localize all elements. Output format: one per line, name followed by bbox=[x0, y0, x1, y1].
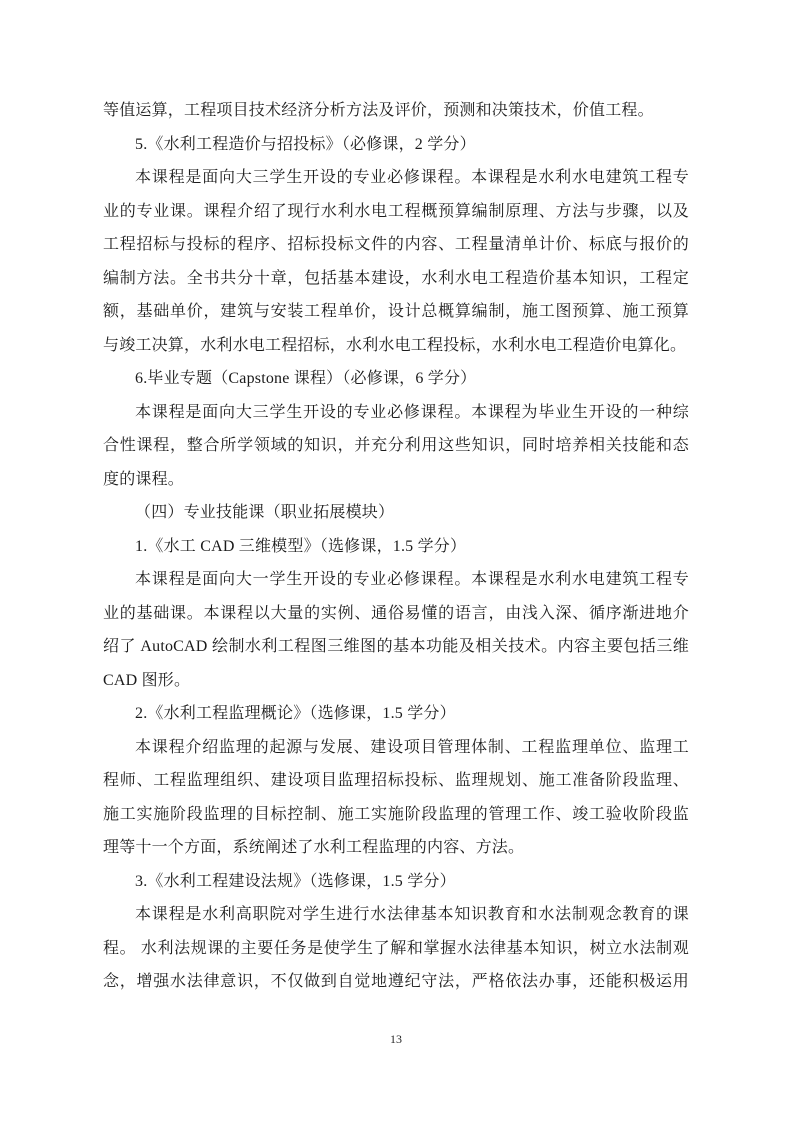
text-line: （四）专业技能课（职业拓展模块） bbox=[103, 496, 689, 530]
para-course-skill-3-description: 本课程是水利高职院对学生进行水法律基本知识教育和水法制观念教育的课程。 水利法规… bbox=[103, 898, 689, 999]
text-line: 本课程是面向大三学生开设的专业必修课程。本课程是水利水电建筑工程专 bbox=[103, 161, 689, 195]
text-line: 理等十一个方面，系统阐述了水利工程监理的内容、方法。 bbox=[103, 831, 689, 865]
text-line: 本课程是面向大三学生开设的专业必修课程。本课程为毕业生开设的一种综 bbox=[103, 396, 689, 430]
heading-course-5: 5.《水利工程造价与招投标》（必修课，2 学分） bbox=[103, 128, 689, 162]
text-line: 3.《水利工程建设法规》（选修课，1.5 学分） bbox=[103, 865, 689, 899]
text-line: 本课程是水利高职院对学生进行水法律基本知识教育和水法制观念教育的课 bbox=[103, 898, 689, 932]
text-line: CAD 图形。 bbox=[103, 664, 689, 698]
text-line: 念，增强水法律意识，不仅做到自觉地遵纪守法，严格依法办事，还能积极运用 bbox=[103, 965, 689, 999]
text-line: 业的专业课。课程介绍了现行水利水电工程概预算编制原理、方法与步骤，以及 bbox=[103, 195, 689, 229]
text-line: 1.《水工 CAD 三维模型》（选修课，1.5 学分） bbox=[103, 530, 689, 564]
text-line: 5.《水利工程造价与招投标》（必修课，2 学分） bbox=[103, 128, 689, 162]
text-line: 工程招标与投标的程序、招标投标文件的内容、工程量清单计价、标底与报价的 bbox=[103, 228, 689, 262]
text-line: 2.《水利工程监理概论》（选修课，1.5 学分） bbox=[103, 697, 689, 731]
heading-course-skill-2: 2.《水利工程监理概论》（选修课，1.5 学分） bbox=[103, 697, 689, 731]
para-course-6-description: 本课程是面向大三学生开设的专业必修课程。本课程为毕业生开设的一种综合性课程，整合… bbox=[103, 396, 689, 497]
document-body: 等值运算，工程项目技术经济分析方法及评价，预测和决策技术，价值工程。5.《水利工… bbox=[103, 94, 689, 999]
text-line: 等值运算，工程项目技术经济分析方法及评价，预测和决策技术，价值工程。 bbox=[103, 94, 689, 128]
para-course-skill-1-description: 本课程是面向大一学生开设的专业必修课程。本课程是水利水电建筑工程专业的基础课。本… bbox=[103, 563, 689, 697]
heading-course-skill-1: 1.《水工 CAD 三维模型》（选修课，1.5 学分） bbox=[103, 530, 689, 564]
text-line: 合性课程，整合所学领域的知识，并充分利用这些知识，同时培养相关技能和态 bbox=[103, 429, 689, 463]
text-line: 额，基础单价，建筑与安装工程单价，设计总概算编制，施工图预算、施工预算 bbox=[103, 295, 689, 329]
text-line: 程师、工程监理组织、建设项目监理招标投标、监理规划、施工准备阶段监理、 bbox=[103, 764, 689, 798]
para-course-skill-2-description: 本课程介绍监理的起源与发展、建设项目管理体制、工程监理单位、监理工程师、工程监理… bbox=[103, 731, 689, 865]
text-line: 编制方法。全书共分十章，包括基本建设，水利水电工程造价基本知识，工程定 bbox=[103, 262, 689, 296]
page-number: 13 bbox=[0, 1032, 792, 1047]
text-line: 度的课程。 bbox=[103, 463, 689, 497]
text-line: 绍了 AutoCAD 绘制水利工程图三维图的基本功能及相关技术。内容主要包括三维 bbox=[103, 630, 689, 664]
text-line: 程。 水利法规课的主要任务是使学生了解和掌握水法律基本知识，树立水法制观 bbox=[103, 932, 689, 966]
text-line: 本课程介绍监理的起源与发展、建设项目管理体制、工程监理单位、监理工 bbox=[103, 731, 689, 765]
document-page: 等值运算，工程项目技术经济分析方法及评价，预测和决策技术，价值工程。5.《水利工… bbox=[0, 0, 792, 1122]
text-line: 业的基础课。本课程以大量的实例、通俗易懂的语言，由浅入深、循序渐进地介 bbox=[103, 597, 689, 631]
text-line: 本课程是面向大一学生开设的专业必修课程。本课程是水利水电建筑工程专 bbox=[103, 563, 689, 597]
para-course-5-description: 本课程是面向大三学生开设的专业必修课程。本课程是水利水电建筑工程专业的专业课。课… bbox=[103, 161, 689, 362]
text-line: 与竣工决算，水利水电工程招标，水利水电工程投标，水利水电工程造价电算化。 bbox=[103, 329, 689, 363]
heading-course-6: 6.毕业专题（Capstone 课程）（必修课，6 学分） bbox=[103, 362, 689, 396]
heading-section-4: （四）专业技能课（职业拓展模块） bbox=[103, 496, 689, 530]
para-continuation-course4: 等值运算，工程项目技术经济分析方法及评价，预测和决策技术，价值工程。 bbox=[103, 94, 689, 128]
text-line: 施工实施阶段监理的目标控制、施工实施阶段监理的管理工作、竣工验收阶段监 bbox=[103, 798, 689, 832]
heading-course-skill-3: 3.《水利工程建设法规》（选修课，1.5 学分） bbox=[103, 865, 689, 899]
text-line: 6.毕业专题（Capstone 课程）（必修课，6 学分） bbox=[103, 362, 689, 396]
